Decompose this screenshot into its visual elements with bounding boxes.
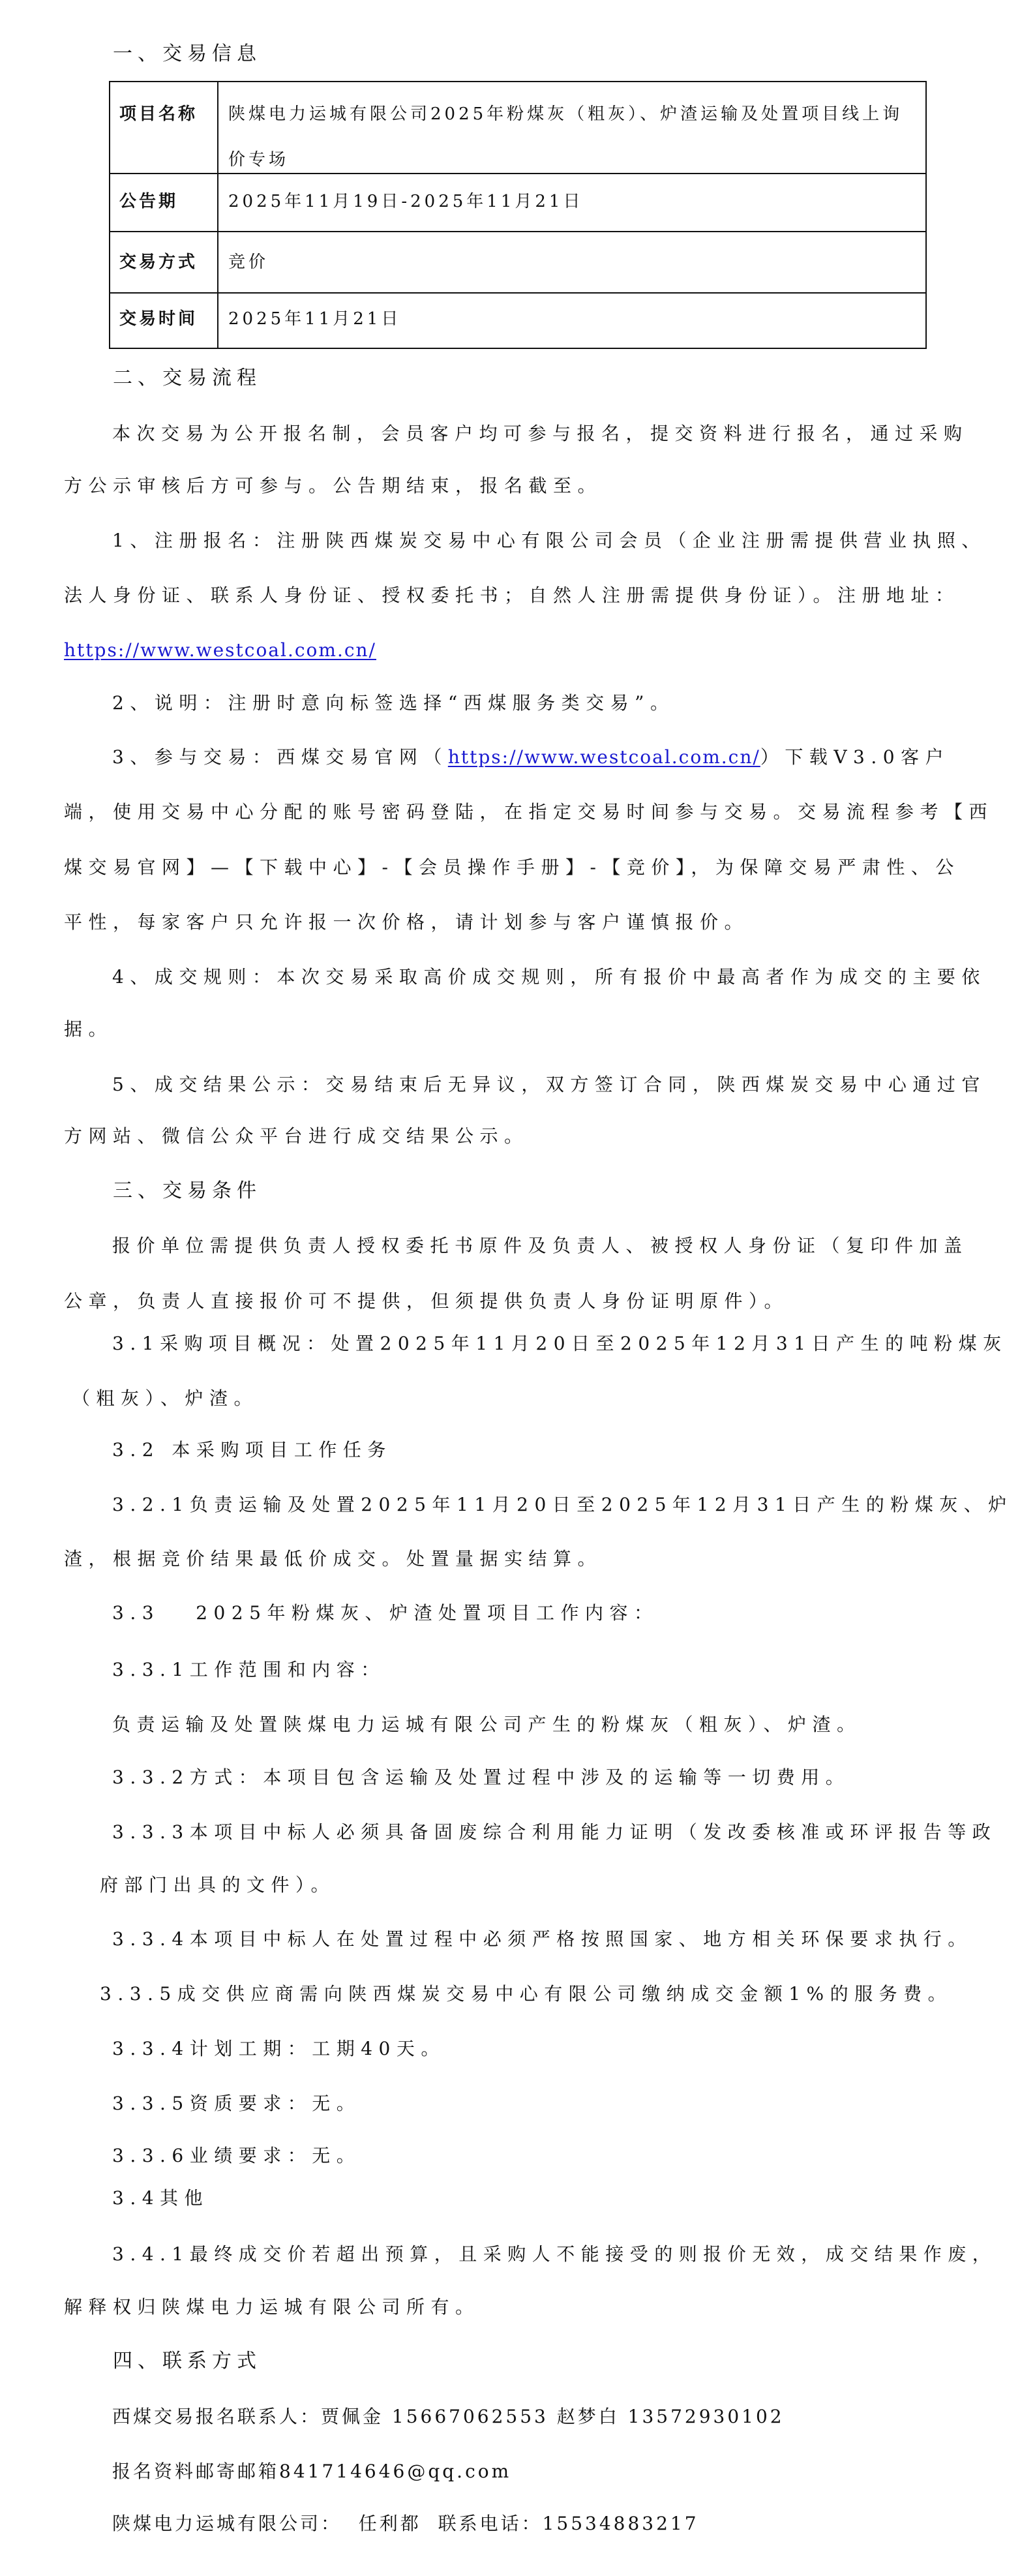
section-heading-trade-process: 二、交易流程 xyxy=(113,365,262,391)
table-label-notice-period: 公告期 xyxy=(119,190,178,213)
paragraph-line: 法人身份证、联系人身份证、授权委托书；自然人注册需提供身份证）。注册地址： xyxy=(64,583,960,609)
section-heading-trade-conditions: 三、交易条件 xyxy=(113,1178,262,1204)
contact-line-company: 陕煤电力运城有限公司： 任利都 联系电话：15534883217 xyxy=(112,2511,699,2537)
paragraph-line: 3、参与交易：西煤交易官网（https://www.westcoal.com.c… xyxy=(112,744,950,770)
paragraph-line: 公章，负责人直接报价可不提供，但须提供负责人身份证明原件）。 xyxy=(64,1288,788,1314)
table-label-project-name: 项目名称 xyxy=(119,102,198,126)
paragraph-line: 据。 xyxy=(64,1016,113,1042)
table-column-divider xyxy=(217,82,218,348)
table-row-divider xyxy=(110,173,925,174)
section-heading-contact: 四、联系方式 xyxy=(113,2348,262,2374)
paragraph-line: 煤交易官网】—【下载中心】-【会员操作手册】-【竞价】，为保障交易严肃性、公 xyxy=(64,855,960,881)
table-row-divider xyxy=(110,292,925,294)
paragraph-line: 3.1采购项目概况：处置2025年11月20日至2025年12月31日产生的吨粉… xyxy=(112,1331,1008,1357)
paragraph-line: 平性，每家客户只允许报一次价格，请计划参与客户谨慎报价。 xyxy=(64,909,749,935)
contact-line-westcoal: 西煤交易报名联系人：贾佩金 15667062553 赵梦白 1357293010… xyxy=(112,2404,785,2430)
paragraph-line: 3.3.3本项目中标人必须具备固废综合利用能力证明（发改委核准或环评报告等政 xyxy=(112,1819,997,1845)
text-span: ）下载V3.0客户 xyxy=(760,746,950,768)
table-value-project-name-cont: 价专场 xyxy=(228,148,289,172)
paragraph-line: 府部门出具的文件）。 xyxy=(100,1872,335,1898)
paragraph-line: 1、注册报名：注册陕西煤炭交易中心有限公司会员（企业注册需提供营业执照、 xyxy=(112,528,986,554)
paragraph-line: 3.3.4本项目中标人在处置过程中必须严格按照国家、地方相关环保要求执行。 xyxy=(112,1926,972,1952)
paragraph-line: 端，使用交易中心分配的账号密码登陆，在指定交易时间参与交易。交易流程参考【西 xyxy=(64,799,993,825)
paragraph-line: 方公示审核后方可参与。公告期结束，报名截至。 xyxy=(64,473,602,499)
table-label-trade-time: 交易时间 xyxy=(119,307,198,331)
contact-line-email: 报名资料邮寄邮箱841714646@qq.com xyxy=(112,2459,511,2485)
trade-info-table: 项目名称 陕煤电力运城有限公司2025年粉煤灰（粗灰）、炉渣运输及处置项目线上询… xyxy=(109,81,927,349)
paragraph-line: 报价单位需提供负责人授权委托书原件及负责人、被授权人身份证（复印件加盖 xyxy=(112,1233,968,1259)
table-value-notice-period: 2025年11月19日-2025年11月21日 xyxy=(228,190,583,213)
table-value-project-name: 陕煤电力运城有限公司2025年粉煤灰（粗灰）、炉渣运输及处置项目线上询 xyxy=(228,102,903,126)
paragraph-line: 渣，根据竞价结果最低价成交。处置量据实结算。 xyxy=(64,1546,602,1572)
paragraph-line: 3.3 2025年粉煤灰、炉渣处置项目工作内容： xyxy=(112,1600,659,1626)
paragraph-line: 3.3.5资质要求：无。 xyxy=(112,2091,361,2117)
paragraph-line: 3.3.5成交供应商需向陕西煤炭交易中心有限公司缴纳成交金额1%的服务费。 xyxy=(100,1981,952,2007)
paragraph-line: 3.4其他 xyxy=(112,2185,209,2211)
paragraph-line: 3.3.1工作范围和内容： xyxy=(112,1657,385,1683)
paragraph-line: 4、成交规则：本次交易采取高价成交规则，所有报价中最高者作为成交的主要依 xyxy=(112,964,986,990)
paragraph-line: 5、成交结果公示：交易结束后无异议，双方签订合同，陕西煤炭交易中心通过官 xyxy=(112,1072,986,1098)
text-span: 3、参与交易：西煤交易官网（ xyxy=(112,746,448,768)
paragraph-line: 3.2 本采购项目工作任务 xyxy=(112,1437,392,1463)
paragraph-line: 3.3.2方式：本项目包含运输及处置过程中涉及的运输等一切费用。 xyxy=(112,1765,850,1791)
paragraph-line: 3.3.4计划工期：工期40天。 xyxy=(112,2036,445,2062)
table-row-divider xyxy=(110,231,925,232)
paragraph-line: 3.4.1最终成交价若超出预算，且采购人不能接受的则报价无效，成交结果作废， xyxy=(112,2241,997,2267)
paragraph-line: 3.2.1负责运输及处置2025年11月20日至2025年12月31日产生的粉煤… xyxy=(112,1492,1013,1518)
paragraph-line: 负责运输及处置陕煤电力运城有限公司产生的粉煤灰（粗灰）、炉渣。 xyxy=(112,1712,862,1738)
paragraph-line: （粗灰）、炉渣。 xyxy=(72,1386,258,1412)
table-value-trade-time: 2025年11月21日 xyxy=(228,307,401,331)
paragraph-line: 本次交易为公开报名制，会员客户均可参与报名，提交资料进行报名，通过采购 xyxy=(112,421,968,447)
register-url-link[interactable]: https://www.westcoal.com.cn/ xyxy=(64,637,376,663)
paragraph-line: 2、说明：注册时意向标签选择“西煤服务类交易”。 xyxy=(112,690,674,716)
table-value-trade-method: 竞价 xyxy=(228,250,269,274)
westcoal-site-link[interactable]: https://www.westcoal.com.cn/ xyxy=(448,746,760,768)
paragraph-line: 解释权归陕煤电力运城有限公司所有。 xyxy=(64,2294,480,2320)
table-label-trade-method: 交易方式 xyxy=(119,250,198,274)
paragraph-line: 3.3.6业绩要求：无。 xyxy=(112,2143,361,2169)
section-heading-trade-info: 一、交易信息 xyxy=(113,41,262,67)
paragraph-line: 方网站、微信公众平台进行成交结果公示。 xyxy=(64,1123,529,1149)
